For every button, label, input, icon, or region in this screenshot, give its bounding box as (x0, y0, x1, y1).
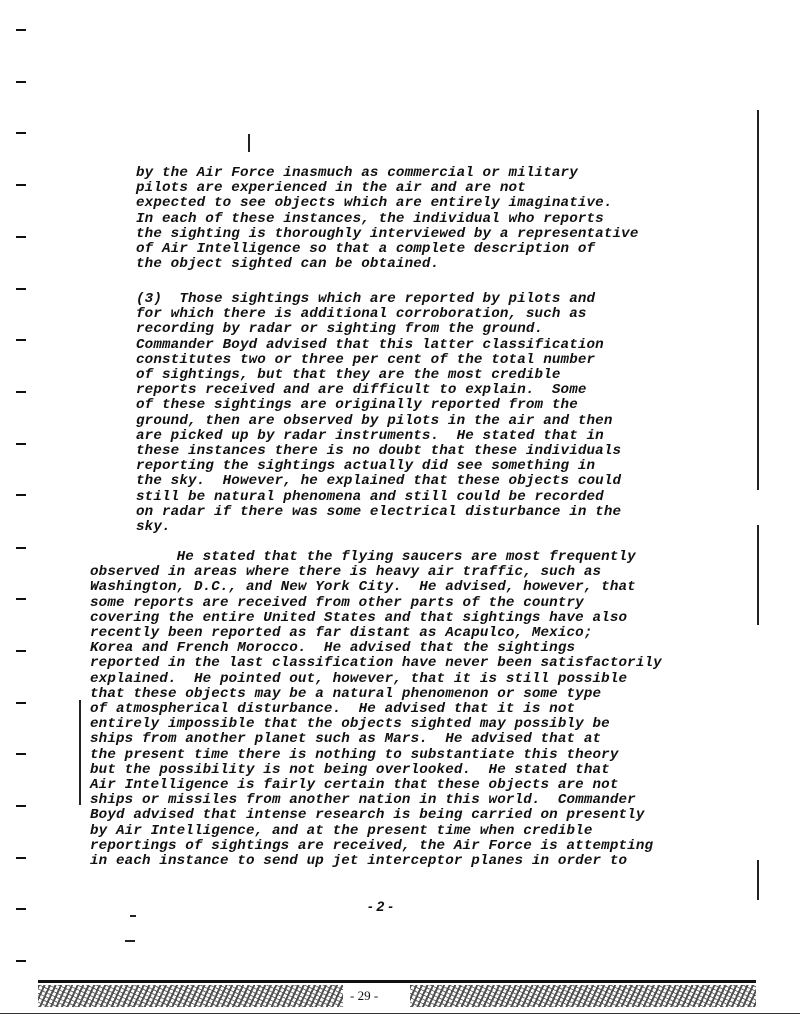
text-line: ships or missiles from another nation in… (90, 793, 662, 808)
text-line: In each of these instances, the individu… (136, 212, 639, 227)
margin-tick (16, 81, 26, 83)
margin-tick (16, 960, 26, 962)
margin-tick (16, 184, 26, 186)
margin-tick (16, 753, 26, 755)
scan-mark (248, 134, 250, 152)
text-line: Air Intelligence is fairly certain that … (90, 778, 662, 793)
margin-tick (16, 494, 26, 496)
text-line: but the possibility is not being overloo… (90, 763, 662, 778)
bottom-rule (0, 1013, 800, 1014)
footer-band: - 29 - (38, 980, 756, 1010)
footer-stamp: - 29 - (350, 988, 378, 1004)
text-line: recording by radar or sighting from the … (136, 322, 621, 337)
text-line: constitutes two or three per cent of the… (136, 353, 621, 368)
text-line: ground, then are observed by pilots in t… (136, 414, 621, 429)
text-line: the present time there is nothing to sub… (90, 748, 662, 763)
item-3-paragraph: (3) Those sightings which are reported b… (136, 292, 621, 535)
text-line: covering the entire United States and th… (90, 611, 662, 626)
text-line: the object sighted can be obtained. (136, 257, 639, 272)
text-line: of these sightings are originally report… (136, 398, 621, 413)
scan-edge-line (757, 110, 759, 490)
margin-tick (16, 29, 26, 31)
text-line: on radar if there was some electrical di… (136, 505, 621, 520)
scan-speck (125, 940, 135, 942)
text-line: ships from another planet such as Mars. … (90, 732, 662, 747)
text-line: for which there is additional corroborat… (136, 307, 621, 322)
text-line: still be natural phenomena and still cou… (136, 490, 621, 505)
text-line: the sighting is thoroughly interviewed b… (136, 227, 639, 242)
footer-noise (38, 985, 343, 1007)
text-line: of atmospherical disturbance. He advised… (90, 702, 662, 717)
text-line: reporting the sightings actually did see… (136, 459, 621, 474)
margin-tick (16, 805, 26, 807)
footer-noise (410, 985, 756, 1007)
margin-tick (16, 132, 26, 134)
margin-tick (16, 598, 26, 600)
scan-edge-line (757, 525, 759, 625)
text-line: observed in areas where there is heavy a… (90, 565, 662, 580)
margin-tick (16, 702, 26, 704)
text-line: (3) Those sightings which are reported b… (136, 292, 621, 307)
margin-tick (16, 339, 26, 341)
margin-tick (16, 236, 26, 238)
document-page: by the Air Force inasmuch as commercial … (0, 0, 800, 1018)
text-line: by Air Intelligence, and at the present … (90, 824, 662, 839)
text-line: Commander Boyd advised that this latter … (136, 338, 621, 353)
text-line: these instances there is no doubt that t… (136, 444, 621, 459)
text-line: Washington, D.C., and New York City. He … (90, 580, 662, 595)
footer-rule (38, 980, 756, 983)
margin-tick (16, 391, 26, 393)
text-line: He stated that the flying saucers are mo… (90, 550, 662, 565)
text-line: of sightings, but that they are the most… (136, 368, 621, 383)
text-line: in each instance to send up jet intercep… (90, 854, 662, 869)
continuation-paragraph: by the Air Force inasmuch as commercial … (136, 166, 639, 272)
text-line: reported in the last classification have… (90, 656, 662, 671)
scan-edge-line (757, 860, 759, 900)
margin-tick (16, 288, 26, 290)
text-line: pilots are experienced in the air and ar… (136, 181, 639, 196)
margin-tick (16, 908, 26, 910)
text-line: by the Air Force inasmuch as commercial … (136, 166, 639, 181)
main-paragraph: He stated that the flying saucers are mo… (90, 550, 662, 869)
text-line: that these objects may be a natural phen… (90, 687, 662, 702)
margin-tick (16, 443, 26, 445)
text-line: Korea and French Morocco. He advised tha… (90, 641, 662, 656)
margin-annotation-bar (79, 700, 81, 805)
text-line: expected to see objects which are entire… (136, 196, 639, 211)
text-line: some reports are received from other par… (90, 596, 662, 611)
text-line: reports received and are difficult to ex… (136, 383, 621, 398)
text-line: sky. (136, 520, 621, 535)
text-line: are picked up by radar instruments. He s… (136, 429, 621, 444)
text-line: entirely impossible that the objects sig… (90, 717, 662, 732)
page-number: - 2 - (368, 898, 393, 914)
text-line: of Air Intelligence so that a complete d… (136, 242, 639, 257)
text-line: reportings of sightings are received, th… (90, 839, 662, 854)
margin-tick (16, 547, 26, 549)
scan-speck (130, 915, 136, 917)
text-line: the sky. However, he explained that thes… (136, 474, 621, 489)
text-line: explained. He pointed out, however, that… (90, 672, 662, 687)
text-line: recently been reported as far distant as… (90, 626, 662, 641)
text-line: Boyd advised that intense research is be… (90, 808, 662, 823)
margin-tick (16, 650, 26, 652)
margin-tick (16, 857, 26, 859)
